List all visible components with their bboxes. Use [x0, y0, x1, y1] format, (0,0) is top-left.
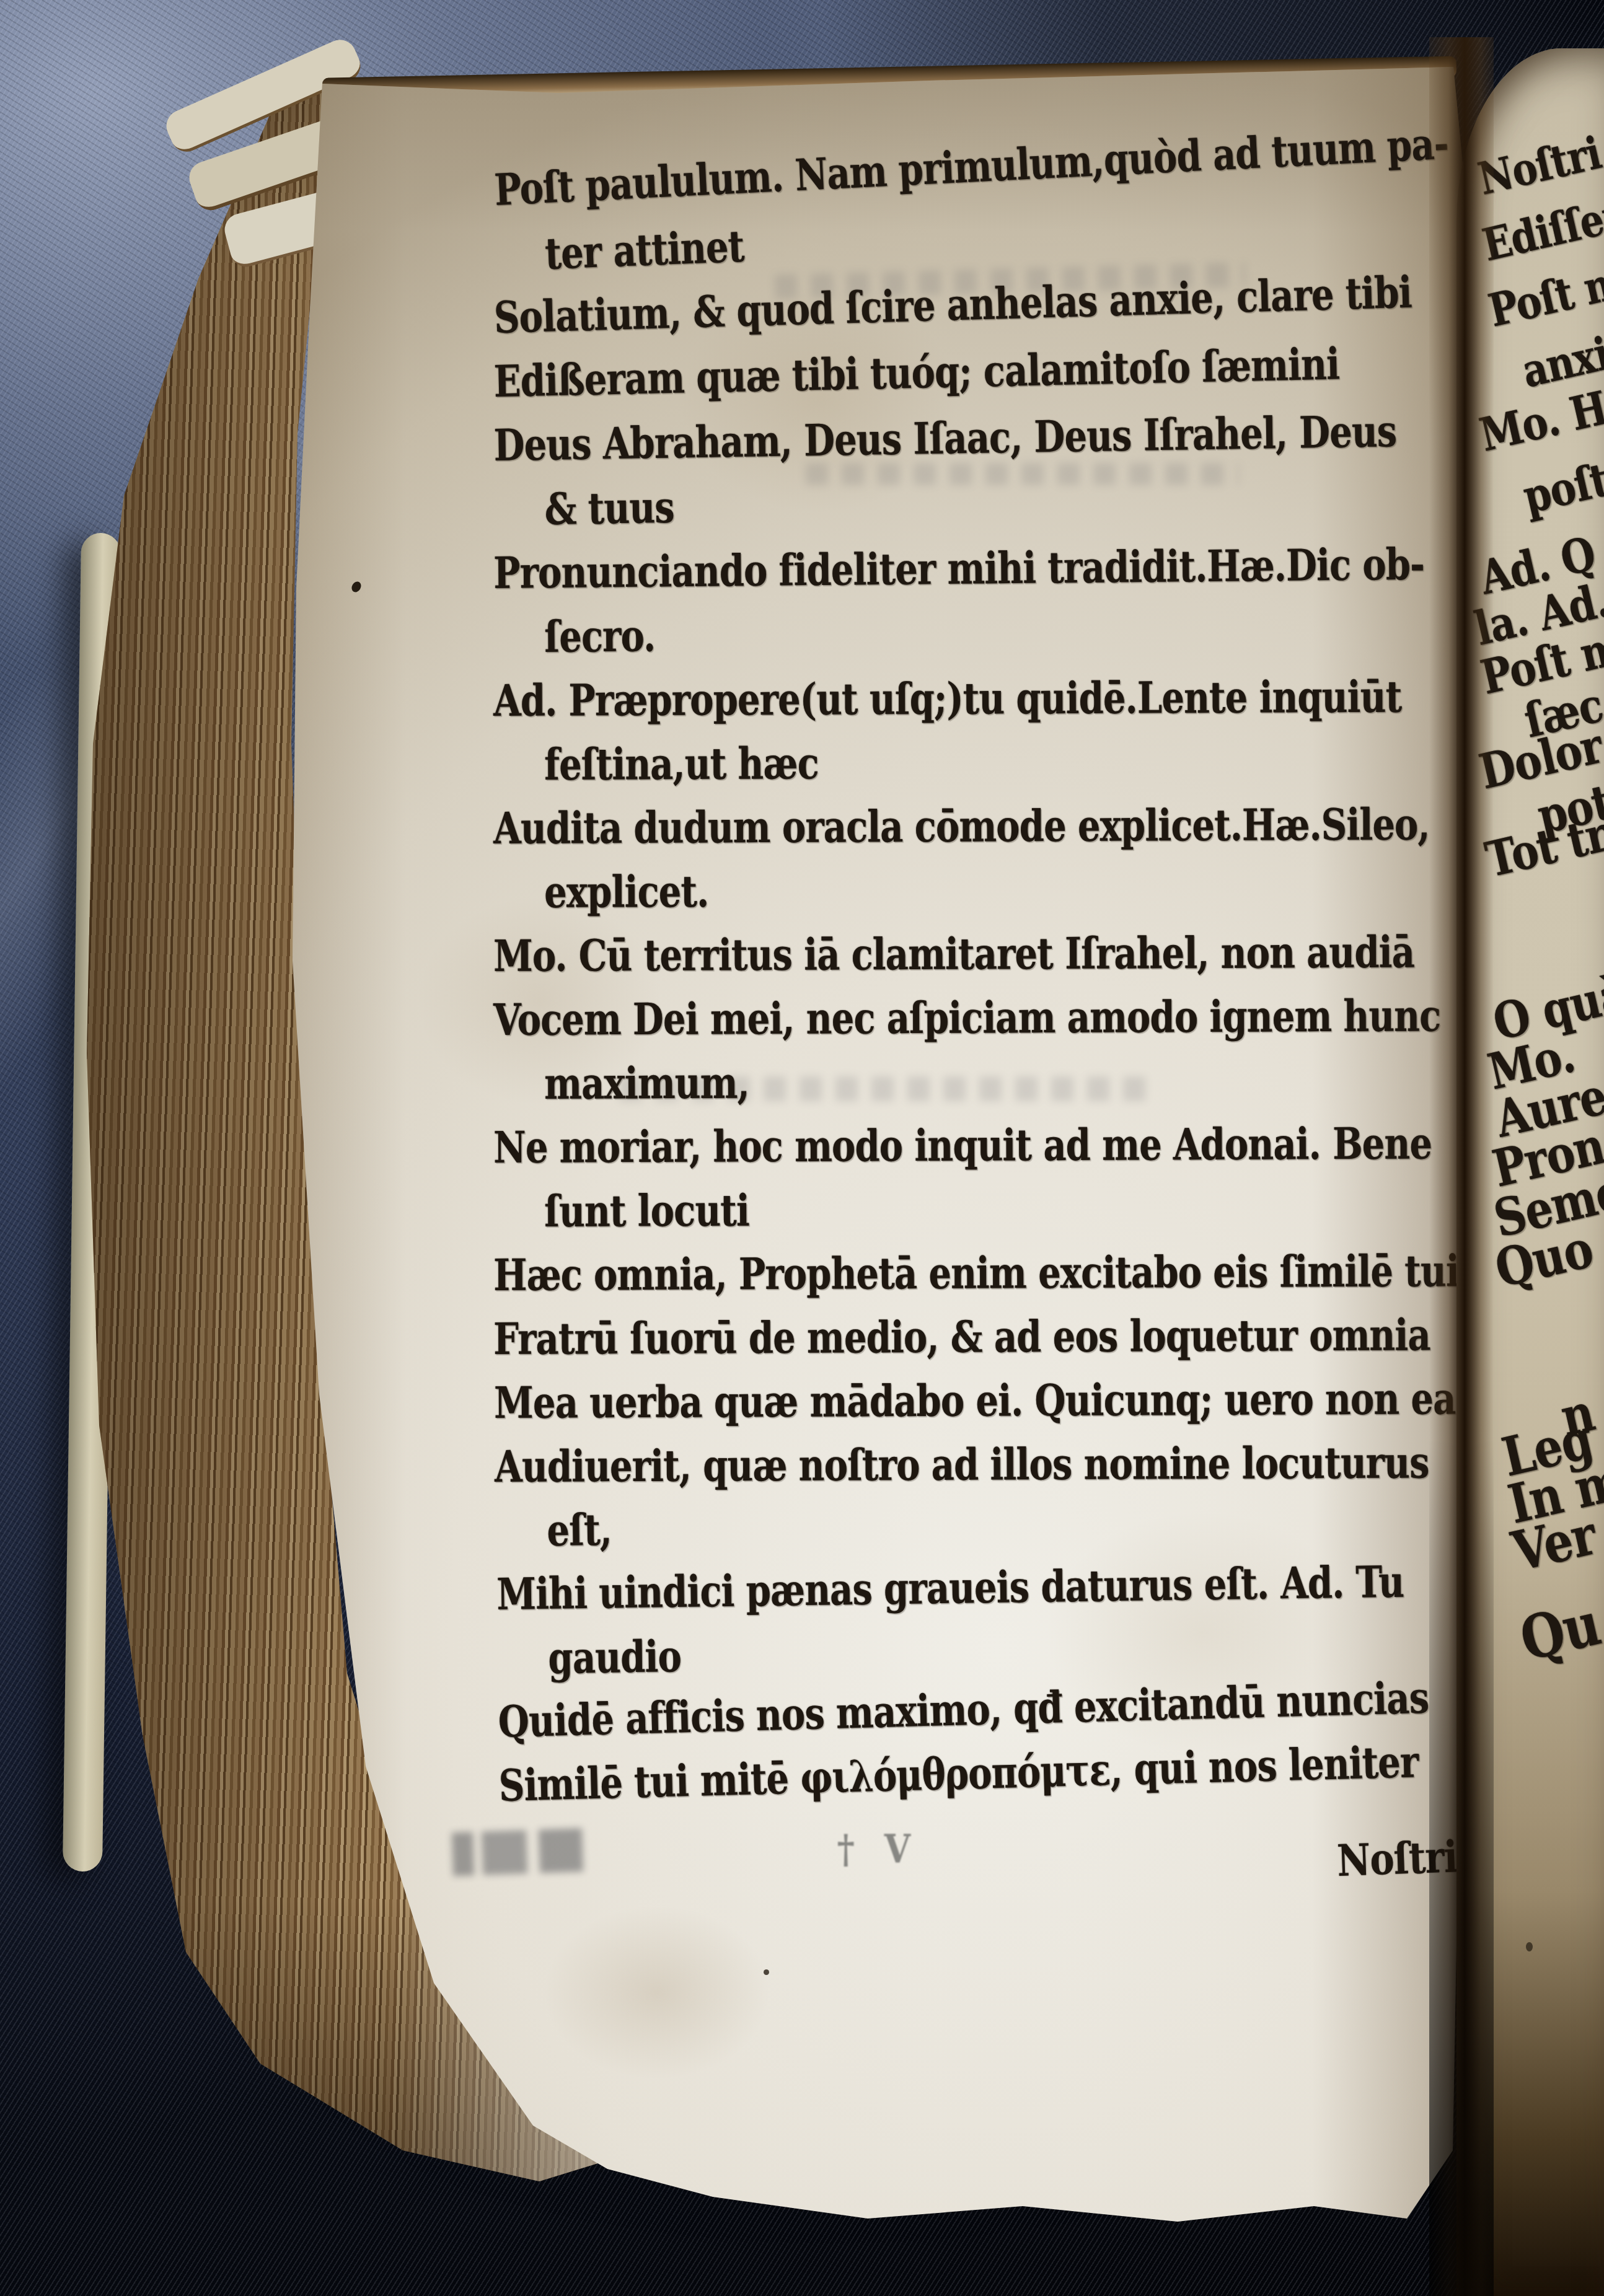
- text-line: Mihi uindici pænas graueis daturus eſt. …: [496, 1560, 1404, 1616]
- ink-speck: [1526, 1942, 1533, 1951]
- text-line: Pronunciando fideliter mihi tradidit.Hæ.…: [493, 543, 1424, 595]
- text-line: Audita dudum oracla cōmode explicet.Hæ.S…: [493, 803, 1430, 850]
- text-line: ſecro.: [544, 614, 655, 659]
- signature-mark: † V: [837, 1826, 910, 1873]
- text-line: Mo. Cū territus iā clamitaret Iſrahel, n…: [493, 931, 1414, 978]
- showthrough-text-ghost: [806, 463, 1240, 485]
- text-line-fragment: Qu: [1515, 1594, 1604, 1669]
- text-line: Quidē afficis nos maximo, qđ excitandū n…: [498, 1676, 1429, 1744]
- text-line: Ne moriar, hoc modo inquit ad me Adonai.…: [493, 1122, 1432, 1169]
- text-line: ſunt locuti: [544, 1189, 749, 1233]
- text-line: Similē tui mitē φιλόμθροπόμτε, qui nos l…: [498, 1740, 1419, 1808]
- catchword: Noſtri: [1336, 1831, 1458, 1886]
- text-line: Deus Abraham, Deus Iſaac, Deus Iſrahel, …: [493, 410, 1397, 467]
- text-line: & tuus: [544, 486, 674, 531]
- book-photo: Poſt paululum. Nam primulum,quòd ad tuum…: [0, 0, 1604, 2296]
- text-line-fragment: poſt: [1519, 457, 1604, 521]
- text-line: Hæc omnia, Prophetā enim excitabo eis ſi…: [493, 1249, 1471, 1297]
- text-line: maximum,: [544, 1062, 749, 1106]
- text-line: Edißeram quæ tibi tuóq; calamitoſo ſæmin…: [493, 342, 1340, 403]
- text-line: gaudio: [548, 1635, 681, 1680]
- right-page: Noſtri DEdiſſeraPoſt muanxiMo. HpoſtAd. …: [1456, 48, 1604, 2296]
- ink-speck: [764, 1969, 769, 1975]
- text-line: Ad. Præpropere(ut uſq;)tu quidē.Lente in…: [493, 675, 1401, 723]
- text-line: ter attinet: [544, 225, 744, 276]
- text-line: Audiuerit, quæ noſtro ad illos nomine lo…: [495, 1441, 1429, 1489]
- text-line: explicet.: [544, 870, 708, 914]
- left-page: Poſt paululum. Nam primulum,quòd ad tuum…: [273, 53, 1481, 2271]
- text-line: feſtina,ut hæc: [544, 742, 819, 786]
- text-line: Vocem Dei mei, nec aſpiciam amodo ignem …: [493, 994, 1440, 1042]
- text-line-fragment: Ver: [1507, 1507, 1600, 1579]
- text-line: Poſt paululum. Nam primulum,quòd ad tuum…: [493, 122, 1449, 212]
- text-line: eſt,: [547, 1508, 612, 1552]
- text-line-fragment: Mo. H: [1476, 385, 1604, 459]
- text-line-fragment: Noſtri D: [1474, 120, 1604, 201]
- text-line: Solatium, & quod ſcire anhelas anxie, cl…: [493, 271, 1412, 340]
- text-line: Mea uerba quæ mādabo ei. Quicunq; uero n…: [494, 1377, 1456, 1425]
- ink-offset-smudge: [452, 1828, 608, 1876]
- text-line: Fratrū ſuorū de medio, & ad eos loquetur…: [493, 1313, 1430, 1361]
- text-line-fragment: Tot tr: [1481, 811, 1604, 885]
